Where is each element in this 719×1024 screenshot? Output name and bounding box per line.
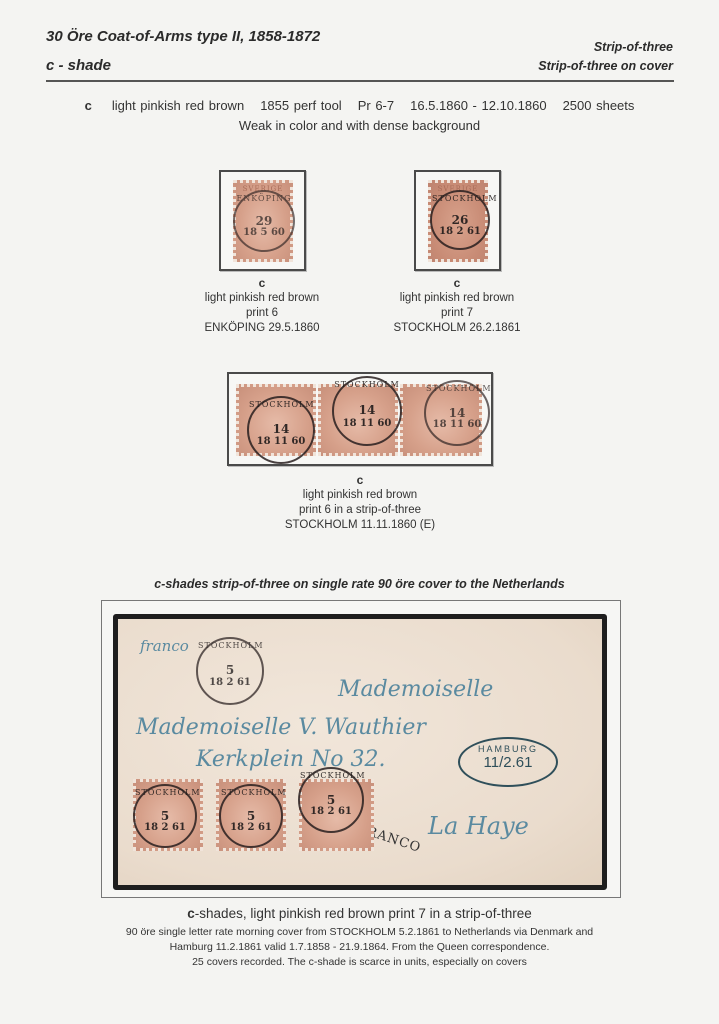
address-line4: La Haye — [428, 812, 529, 840]
cover-title: c-shades strip-of-three on single rate 9… — [0, 577, 719, 591]
shade-spec: clight pinkish red brown1855 perf toolPr… — [0, 98, 719, 113]
hamburg-postmark: HAMBURG 11/2.61 — [458, 737, 558, 787]
shade-sheets: 2500 sheets — [563, 98, 635, 113]
stamp-frame-stockholm: SVERIGE STOCKHOLM 26 18 2 61 — [414, 170, 501, 271]
address-line1: Mademoiselle — [338, 677, 493, 702]
address-line2: Mademoiselle V. Wauthier — [136, 715, 426, 740]
shade-period: 16.5.1860 - 12.10.1860 — [410, 98, 546, 113]
header-divider — [46, 80, 674, 82]
header-right-line2: Strip-of-three on cover — [538, 59, 673, 73]
postmark: STOCKHOLM 14 18 11 60 — [424, 380, 490, 446]
header-right-line1: Strip-of-three — [594, 40, 673, 54]
postmark: STOCKHOLM 26 18 2 61 — [430, 190, 490, 250]
strip-caption: c light pinkish red brown print 6 in a s… — [230, 473, 490, 533]
postmark-stockholm-top: STOCKHOLM 5 18 2 61 — [196, 637, 264, 705]
cover-caption-title: c-shades, light pinkish red brown print … — [0, 906, 719, 921]
postmark: STOCKHOLM 5 18 2 61 — [133, 784, 197, 848]
shade-code: c — [85, 98, 92, 113]
postmark: ENKÖPING 29 18 5 60 — [233, 190, 295, 252]
shade-color: light pinkish red brown — [112, 98, 244, 113]
postmark: STOCKHOLM 14 18 11 60 — [247, 396, 315, 464]
postmark: STOCKHOLM 14 18 11 60 — [332, 376, 402, 446]
stamp-caption-stockholm: c light pinkish red brown print 7 STOCKH… — [367, 276, 547, 336]
address-line3: Kerkplein No 32. — [196, 747, 386, 772]
shade-note: Weak in color and with dense background — [0, 118, 719, 133]
postmark: STOCKHOLM 5 18 2 61 — [219, 784, 283, 848]
shade-perf: 1855 perf tool — [260, 98, 342, 113]
franco-note: franco — [140, 637, 189, 655]
shade-print: Pr 6-7 — [358, 98, 394, 113]
strip-frame: STOCKHOLM 14 18 11 60 STOCKHOLM 14 18 11… — [227, 372, 493, 466]
stamp-frame-enkoping: SVERIGE ENKÖPING 29 18 5 60 — [219, 170, 306, 271]
cover-caption-body: 90 öre single letter rate morning cover … — [0, 925, 719, 970]
page-title: 30 Öre Coat-of-Arms type II, 1858-1872 — [46, 28, 320, 45]
page-subtitle: c - shade — [46, 57, 111, 74]
postmark: STOCKHOLM 5 18 2 61 — [298, 767, 364, 833]
mourning-cover: franco STOCKHOLM 5 18 2 61 Mademoiselle … — [113, 614, 607, 890]
stamp-caption-enkoping: c light pinkish red brown print 6 ENKÖPI… — [172, 276, 352, 336]
